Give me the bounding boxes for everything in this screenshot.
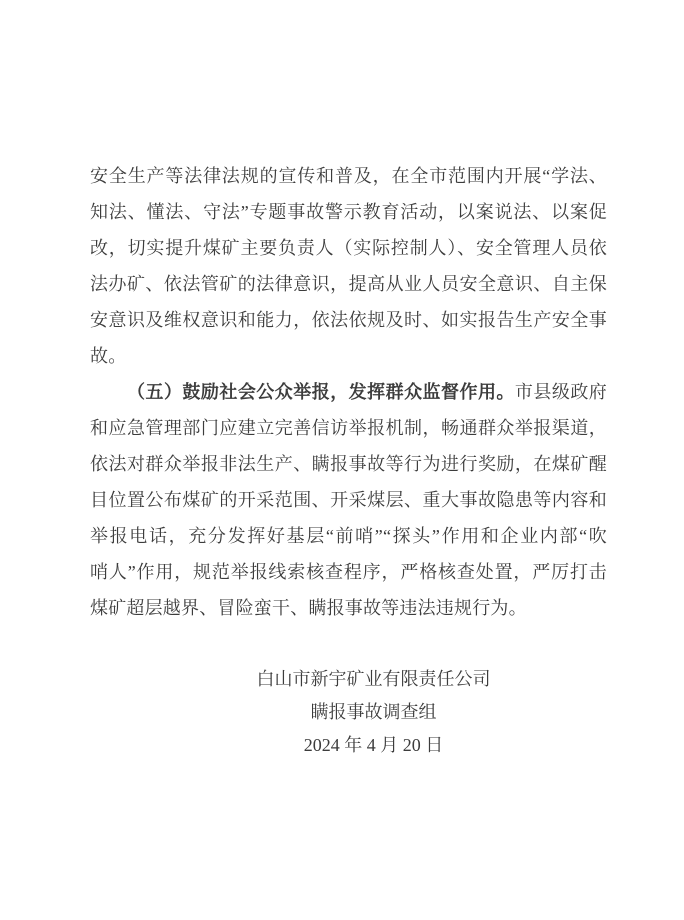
signature-block: 白山市新宇矿业有限责任公司 瞒报事故调查组 2024 年 4 月 20 日 bbox=[115, 663, 632, 762]
paragraph-line: 和应急管理部门应建立完善信访举报机制，畅通群众举报渠道， bbox=[90, 410, 607, 446]
document-body: 安全生产等法律法规的宣传和普及，在全市范围内开展“学法、 知法、懂法、守法”专题… bbox=[90, 158, 607, 762]
paragraph-line: 安意识及维权意识和能力，依法依规及时、如实报告生产安全事 bbox=[90, 302, 607, 338]
paragraph-line: 改，切实提升煤矿主要负责人（实际控制人）、安全管理人员依 bbox=[90, 230, 607, 266]
signature-date: 2024 年 4 月 20 日 bbox=[115, 729, 632, 762]
signature-company: 白山市新宇矿业有限责任公司 bbox=[115, 663, 632, 696]
paragraph-line: 故。 bbox=[90, 338, 607, 374]
section-heading-bold: （五）鼓励社会公众举报，发挥群众监督作用。 bbox=[127, 382, 515, 402]
paragraph-line: 法办矿、依法管矿的法律意识，提高从业人员安全意识、自主保 bbox=[90, 266, 607, 302]
paragraph-line: （五）鼓励社会公众举报，发挥群众监督作用。市县级政府 bbox=[90, 374, 607, 410]
text-run: 市县级政府 bbox=[515, 382, 607, 402]
paragraph-line: 举报电话，充分发挥好基层“前哨”“探头”作用和企业内部“吹 bbox=[90, 518, 607, 554]
paragraph-line: 依法对群众举报非法生产、瞒报事故等行为进行奖励，在煤矿醒 bbox=[90, 446, 607, 482]
paragraph-line: 煤矿超层越界、冒险蛮干、瞒报事故等违法违规行为。 bbox=[90, 590, 607, 626]
paragraph-line: 目位置公布煤矿的开采范围、开采煤层、重大事故隐患等内容和 bbox=[90, 482, 607, 518]
paragraph-line: 哨人”作用，规范举报线索核查程序，严格核查处置，严厉打击 bbox=[90, 554, 607, 590]
paragraph-2: （五）鼓励社会公众举报，发挥群众监督作用。市县级政府 和应急管理部门应建立完善信… bbox=[90, 374, 607, 626]
paragraph-line: 知法、懂法、守法”专题事故警示教育活动，以案说法、以案促 bbox=[90, 194, 607, 230]
document-page: 安全生产等法律法规的宣传和普及，在全市范围内开展“学法、 知法、懂法、守法”专题… bbox=[0, 0, 684, 920]
paragraph-line: 安全生产等法律法规的宣传和普及，在全市范围内开展“学法、 bbox=[90, 158, 607, 194]
paragraph-1: 安全生产等法律法规的宣传和普及，在全市范围内开展“学法、 知法、懂法、守法”专题… bbox=[90, 158, 607, 374]
signature-group: 瞒报事故调查组 bbox=[115, 696, 632, 729]
